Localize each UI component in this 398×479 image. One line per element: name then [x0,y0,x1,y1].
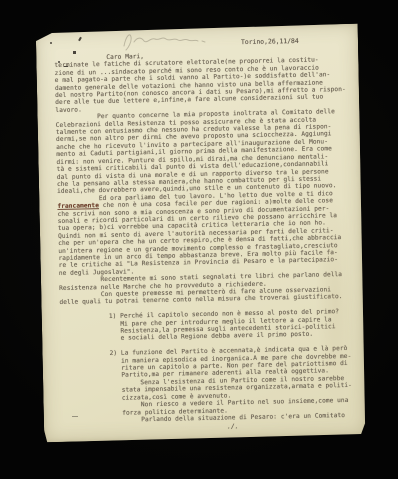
continuation-mark: ./. [227,420,366,431]
body-text-part2: che non è una cosa facile per due ragion… [57,197,352,425]
pencil-dot [50,42,52,44]
paper-stain [313,189,358,410]
body-text-part1: terminate le fatiche di scrutatore elett… [54,53,345,203]
pencil-stroke [72,416,78,417]
pencil-dot [58,61,60,63]
dateline: Torino,26,11/84 [241,36,358,46]
pencil-stroke [64,66,68,67]
letter-page: Torino,26,11/84 Caro Mari, terminate le … [36,24,367,443]
handwritten-signature [118,28,228,54]
pencil-dot [73,51,76,54]
